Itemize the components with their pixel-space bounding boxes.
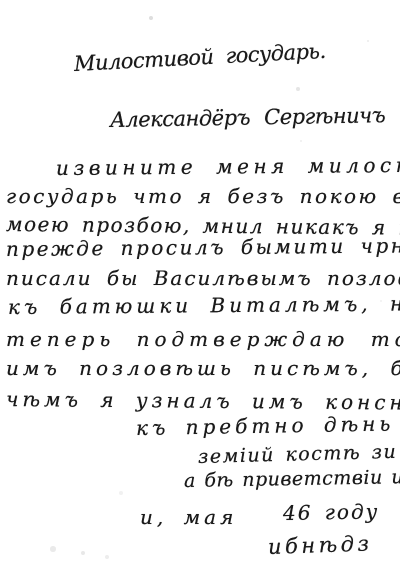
body-line-2: государь что я безъ покою васъ [6, 186, 400, 206]
salutation-line-1: Милостивой государь. [73, 41, 326, 75]
signature: ибнѣдз [268, 533, 373, 558]
body-line-6: къ батюшки Виталѣмъ, нѣмто [8, 293, 400, 317]
scan-noise [0, 0, 2, 2]
closing-line-1: къ пребтно дѣнь до [136, 413, 400, 438]
year-line: 46 году [283, 501, 380, 523]
body-line-4: прежде просилъ бымити чрность… [6, 235, 400, 259]
closing-line-3: а бѣ приветствіи и зи [184, 468, 400, 491]
body-line-5: писали бы Василѣвымъ позловѣмъ [6, 268, 400, 288]
body-line-9: чѣмъ я узналъ имъ конснось [6, 389, 400, 413]
body-line-1: извините меня милостива [56, 154, 400, 178]
body-line-8: имъ позловѣшь писѣмъ, были [6, 358, 400, 378]
letter-scan-page: Милостивой государь. Александёръ Сергѣни… [0, 0, 400, 572]
closing-line-2: земіий костѣ зи [198, 443, 398, 467]
date-line: и, мая [140, 507, 237, 527]
body-line-7: теперь подтверждаю тоймо [6, 329, 400, 349]
salutation-line-2: Александёръ Сергѣничъ [110, 105, 386, 131]
